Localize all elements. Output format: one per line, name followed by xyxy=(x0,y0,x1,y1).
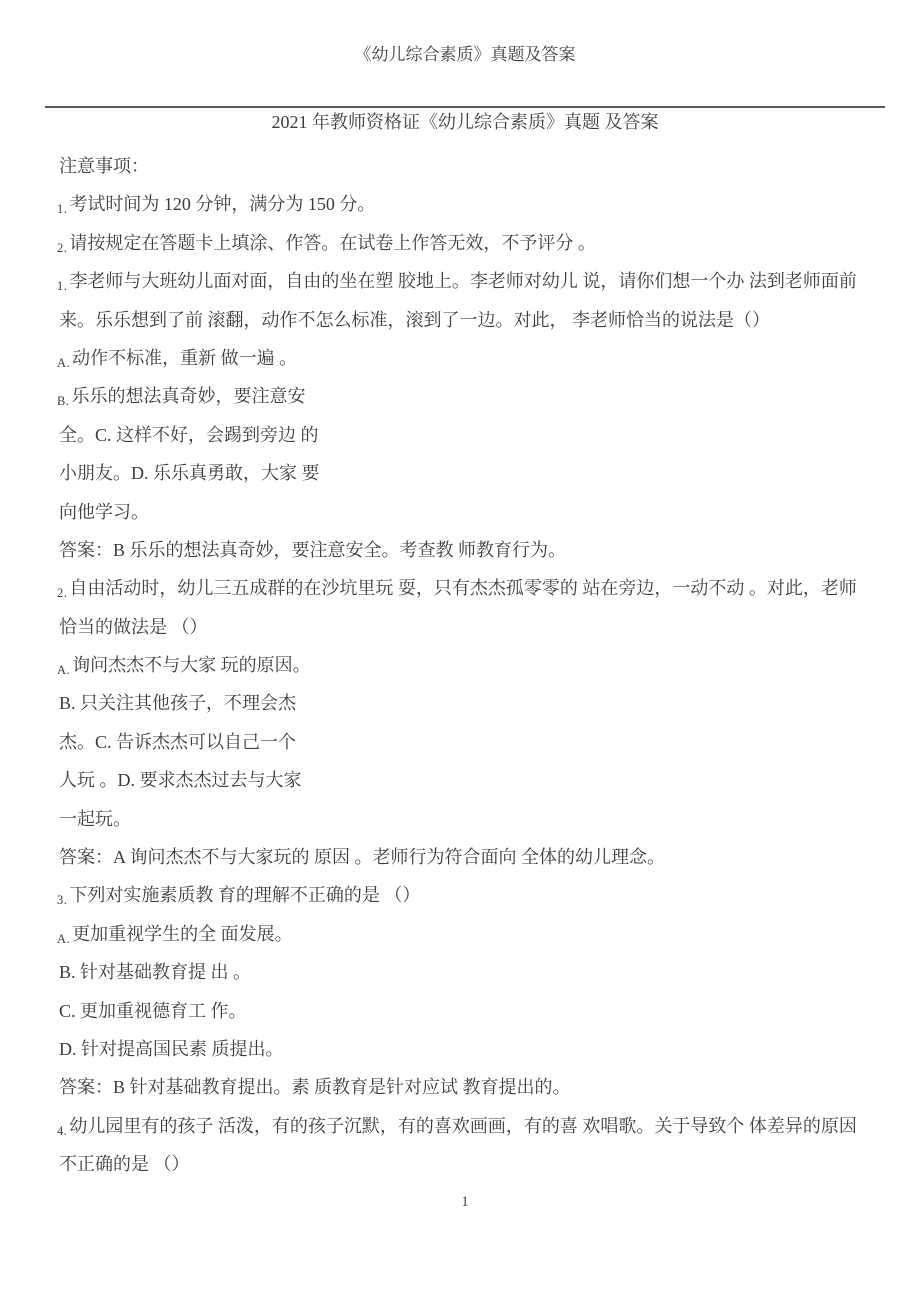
line-text: 注意事项： xyxy=(59,156,149,176)
line-text: 动作不标准，重新 做一遍 。 xyxy=(72,348,297,368)
q1-option-a: A.动作不标准，重新 做一遍 。 xyxy=(57,339,887,377)
q2-stem-line-1: 2.自由活动时，幼儿三五成群的在沙坑里玩 耍，只有杰杰孤零零的 站在旁边，一动不… xyxy=(57,569,887,607)
document-body: 注意事项： 1.考试时间为 120 分钟，满分为 150 分。 2.请按规定在答… xyxy=(57,147,887,1184)
line-text: 幼儿园里有的孩子 活泼，有的孩子沉默，有的喜欢画画，有的喜 欢唱歌。关于导致个 … xyxy=(69,1116,857,1136)
line-text: 请按规定在答题卡上填涂、作答。在试卷上作答无效，不予评分 。 xyxy=(69,233,596,253)
line-prefix: 3. xyxy=(57,893,67,907)
q2-stem-line-2: 恰当的做法是 （） xyxy=(57,608,887,646)
q1-options-line-2: 全。C. 这样不好，会踢到旁边 的 xyxy=(57,416,887,454)
line-text: 小朋友。D. 乐乐真勇敢，大家 要 xyxy=(59,463,320,483)
q1-stem-line-1: 1.李老师与大班幼儿面对面，自由的坐在塑 胶地上。李老师对幼儿 说，请你们想一个… xyxy=(57,262,887,300)
notice-item-1: 1.考试时间为 120 分钟，满分为 150 分。 xyxy=(57,185,887,223)
q2-options-line-2: 杰。C. 告诉杰杰可以自己一个 xyxy=(57,723,887,761)
q1-options-line-4: 向他学习。 xyxy=(57,493,887,531)
line-text: 答案：A 询问杰杰不与大家玩的 原因 。老师行为符合面向 全体的幼儿理念。 xyxy=(59,847,665,867)
q3-answer: 答案：B 针对基础教育提出。素 质教育是针对应试 教育提出的。 xyxy=(57,1068,887,1106)
q1-option-b-line-1: B.乐乐的想法真奇妙，要注意安 xyxy=(57,377,887,415)
line-text: 恰当的做法是 （） xyxy=(59,617,208,637)
line-text: 杰。C. 告诉杰杰可以自己一个 xyxy=(59,732,296,752)
line-text: 一起玩。 xyxy=(59,809,131,829)
line-text: B. 只关注其他孩子，不理会杰 xyxy=(59,693,296,713)
q4-stem-line-1: 4.幼儿园里有的孩子 活泼，有的孩子沉默，有的喜欢画画，有的喜 欢唱歌。关于导致… xyxy=(57,1107,887,1145)
line-text: 下列对实施素质教 育的理解不正确的是 （） xyxy=(69,885,420,905)
line-text: C. 更加重视德育工 作。 xyxy=(59,1001,247,1021)
line-text: 全。C. 这样不好，会踢到旁边 的 xyxy=(59,425,319,445)
q3-option-c: C. 更加重视德育工 作。 xyxy=(57,992,887,1030)
line-text: 答案：B 乐乐的想法真奇妙，要注意安全。考查教 师教育行为。 xyxy=(59,540,566,560)
line-text: 向他学习。 xyxy=(59,502,149,522)
q2-answer: 答案：A 询问杰杰不与大家玩的 原因 。老师行为符合面向 全体的幼儿理念。 xyxy=(57,838,887,876)
line-text: B. 针对基础教育提 出 。 xyxy=(59,962,251,982)
line-text: 更加重视学生的全 面发展。 xyxy=(72,924,293,944)
line-prefix: A. xyxy=(57,932,70,946)
document-title: 《幼儿综合素质》真题及答案 xyxy=(45,43,885,67)
q3-option-d: D. 针对提高国民素 质提出。 xyxy=(57,1030,887,1068)
line-text: 考试时间为 120 分钟，满分为 150 分。 xyxy=(69,194,375,214)
header-divider xyxy=(45,106,885,108)
document-page: 《幼儿综合素质》真题及答案 2021 年教师资格证《幼儿综合素质》真题 及答案 … xyxy=(0,0,920,1302)
line-prefix: 2. xyxy=(57,586,67,600)
notice-item-2: 2.请按规定在答题卡上填涂、作答。在试卷上作答无效，不予评分 。 xyxy=(57,224,887,262)
line-text: 答案：B 针对基础教育提出。素 质教育是针对应试 教育提出的。 xyxy=(59,1077,571,1097)
line-text: 来。乐乐想到了前 滚翻，动作不怎么标准，滚到了一边。对此， 李老师恰当的说法是（… xyxy=(59,310,770,330)
q2-option-b-line-1: B. 只关注其他孩子，不理会杰 xyxy=(57,684,887,722)
line-text: D. 针对提高国民素 质提出。 xyxy=(59,1039,284,1059)
q2-options-line-3: 人玩 。D. 要求杰杰过去与大家 xyxy=(57,761,887,799)
line-text: 李老师与大班幼儿面对面，自由的坐在塑 胶地上。李老师对幼儿 说，请你们想一个办 … xyxy=(69,271,857,291)
line-prefix: A. xyxy=(57,356,70,370)
notice-heading: 注意事项： xyxy=(57,147,887,185)
line-text: 询问杰杰不与大家 玩的原因。 xyxy=(72,655,311,675)
q2-option-a: A.询问杰杰不与大家 玩的原因。 xyxy=(57,646,887,684)
q2-options-line-4: 一起玩。 xyxy=(57,800,887,838)
line-text: 人玩 。D. 要求杰杰过去与大家 xyxy=(59,770,302,790)
line-text: 自由活动时，幼儿三五成群的在沙坑里玩 耍，只有杰杰孤零零的 站在旁边，一动不动 … xyxy=(69,578,857,598)
line-prefix: 2. xyxy=(57,241,67,255)
page-number: 1 xyxy=(45,1194,885,1211)
line-prefix: 1. xyxy=(57,202,67,216)
line-prefix: 4. xyxy=(57,1124,67,1138)
line-prefix: B. xyxy=(57,394,69,408)
q3-option-a: A.更加重视学生的全 面发展。 xyxy=(57,915,887,953)
page-heading: 2021 年教师资格证《幼儿综合素质》真题 及答案 xyxy=(45,110,885,135)
q3-option-b: B. 针对基础教育提 出 。 xyxy=(57,953,887,991)
q1-stem-line-2: 来。乐乐想到了前 滚翻，动作不怎么标准，滚到了一边。对此， 李老师恰当的说法是（… xyxy=(57,301,887,339)
line-prefix: A. xyxy=(57,663,70,677)
line-prefix: 1. xyxy=(57,279,67,293)
q4-stem-line-2: 不正确的是 （） xyxy=(57,1145,887,1183)
q1-options-line-3: 小朋友。D. 乐乐真勇敢，大家 要 xyxy=(57,454,887,492)
line-text: 不正确的是 （） xyxy=(59,1154,190,1174)
line-text: 乐乐的想法真奇妙，要注意安 xyxy=(71,386,305,406)
q1-answer: 答案：B 乐乐的想法真奇妙，要注意安全。考查教 师教育行为。 xyxy=(57,531,887,569)
q3-stem: 3.下列对实施素质教 育的理解不正确的是 （） xyxy=(57,876,887,914)
